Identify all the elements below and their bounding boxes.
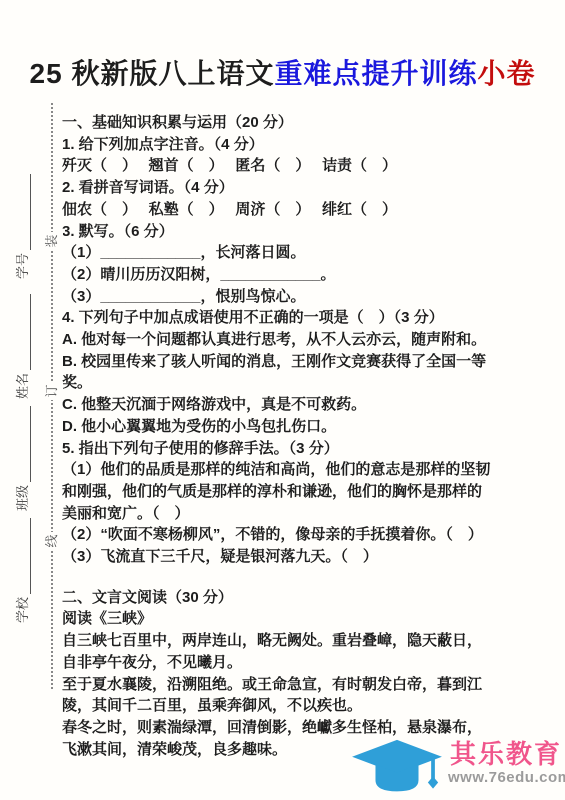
page-title: 25 秋新版八上语文重难点提升训练小卷: [0, 52, 565, 92]
title-part-black: 25 秋新版八上语文: [30, 58, 275, 89]
field-label: 班级: [12, 485, 31, 511]
exam-line: D. 他小心翼翼地为受伤的小鸟包扎伤口。: [62, 416, 525, 438]
logo-brand-name: 其乐教育: [448, 739, 562, 769]
field-label: 姓名: [12, 373, 31, 399]
binding-char: 装: [41, 232, 63, 250]
exam-line: （1）他们的品质是那样的纯洁和高尚，他们的意志是那样的坚韧 和刚强，他们的气质是…: [62, 459, 525, 524]
exam-line: 自三峡七百里中，两岸连山，略无阙处。重岩叠嶂，隐天蔽日， 自非亭午夜分，不见曦月…: [62, 630, 525, 673]
blank-fill-line: [15, 174, 31, 250]
exam-body: 一、基础知识积累与运用（20 分）1. 给下列加点字注音。（4 分）歼灭（ ） …: [62, 112, 525, 760]
footer-logo: 其乐教育 www.76edu.com: [350, 739, 562, 797]
student-name-field: 姓名: [13, 287, 31, 399]
binding-char: 订: [41, 382, 63, 400]
blank-fill-line: [15, 518, 31, 594]
blank-fill-line: [15, 294, 31, 370]
exam-line: （3）飞流直下三千尺，疑是银河落九天。（ ）: [62, 546, 525, 568]
exam-line: 歼灭（ ） 翘首（ ） 匿名（ ） 诘责（ ）: [62, 155, 525, 177]
exam-line: C. 他整天沉湎于网络游戏中，真是不可救药。: [62, 394, 525, 416]
exam-line: 2. 看拼音写词语。（4 分）: [62, 177, 525, 199]
title-part-blue: 重难点提升训练: [274, 58, 477, 89]
exam-line: （1）____________，长河落日圆。: [62, 242, 525, 264]
exam-line: （2）“吹面不寒杨柳风”，不错的，像母亲的手抚摸着你。（ ）: [62, 524, 525, 546]
exam-line: 阅读《三峡》: [62, 608, 525, 630]
exam-line: （2）晴川历历汉阳树，____________。: [62, 264, 525, 286]
field-label: 学号: [12, 253, 31, 279]
exam-line: 佃农（ ） 私塾（ ） 周济（ ） 绯红（ ）: [62, 199, 525, 221]
class-field: 班级: [13, 399, 31, 511]
exam-line: 4. 下列句子中加点成语使用不正确的一项是（ ）（3 分）: [62, 307, 525, 329]
graduation-cap-icon: [350, 739, 444, 797]
exam-line: 3. 默写。（6 分）: [62, 221, 525, 243]
exam-line: 至于夏水襄陵，沿溯阻绝。或王命急宣，有时朝发白帝，暮到江 陵，其间千二百里，虽乘…: [62, 674, 525, 717]
title-part-red: 小卷: [477, 58, 535, 89]
student-number-field: 学号: [13, 167, 31, 279]
blank-fill-line: [15, 406, 31, 482]
exam-page: 25 秋新版八上语文重难点提升训练小卷 装 订 线 学号 姓名 班级 学校 一、…: [0, 0, 565, 800]
field-label: 学校: [12, 597, 31, 623]
section-heading: 二、文言文阅读（30 分）: [62, 587, 525, 609]
school-field: 学校: [13, 511, 31, 623]
binding-char: 线: [41, 532, 63, 550]
section-heading: 一、基础知识积累与运用（20 分）: [62, 112, 525, 134]
exam-line: B. 校园里传来了骇人听闻的消息，王刚作文竞赛获得了全国一等 奖。: [62, 351, 525, 394]
exam-line: 5. 指出下列句子使用的修辞手法。（3 分）: [62, 438, 525, 460]
logo-website-url: www.76edu.com: [448, 769, 562, 786]
exam-line: 1. 给下列加点字注音。（4 分）: [62, 134, 525, 156]
logo-text-block: 其乐教育 www.76edu.com: [448, 739, 562, 786]
exam-line: （3）____________，恨别鸟惊心。: [62, 286, 525, 308]
exam-line: A. 他对每一个问题都认真进行思考，从不人云亦云，随声附和。: [62, 329, 525, 351]
